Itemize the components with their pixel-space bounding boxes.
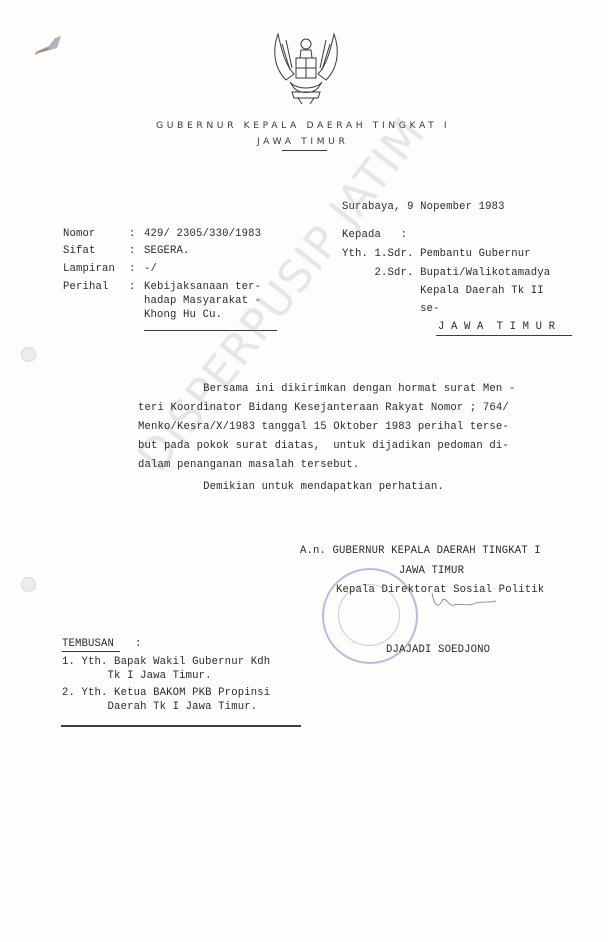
- signatory-name: DJAJADI SOEDJONO: [386, 644, 490, 656]
- recipient-line-1: Yth. 1.Sdr. Pembantu Gubernur: [342, 248, 531, 260]
- tembusan-bottom-rule: [61, 725, 301, 727]
- recipient-region-underline: [436, 335, 572, 336]
- tembusan-item-1-line-1: 1. Yth. Bapak Wakil Gubernur Kdh: [62, 656, 270, 668]
- meta-sep-sifat: :: [129, 245, 136, 257]
- garuda-emblem-icon: [268, 30, 344, 108]
- meta-value-perihal-1: Kebijaksanaan ter-: [144, 281, 261, 293]
- letterhead-underline: [282, 150, 327, 151]
- meta-value-sifat: SEGERA.: [144, 245, 190, 257]
- meta-sep-nomor: :: [129, 228, 136, 240]
- recipient-line-2: 2.Sdr. Bupati/Walikotamadya: [342, 267, 550, 279]
- recipient-line-3: Kepala Daerah Tk II: [342, 285, 544, 297]
- punch-hole-top: [21, 347, 36, 362]
- paper-stain-mark: [35, 30, 75, 60]
- meta-label-lampiran: Lampiran: [63, 263, 115, 275]
- tembusan-item-1-line-2: Tk I Jawa Timur.: [62, 670, 212, 682]
- body-line-2: teri Koordinator Bidang Kesejanteraan Ra…: [138, 402, 509, 414]
- punch-hole-bottom: [21, 577, 36, 592]
- meta-value-lampiran: -/: [144, 263, 157, 275]
- meta-value-nomor: 429/ 2305/330/1983: [144, 228, 261, 240]
- body-closing: Demikian untuk mendapatkan perhatian.: [138, 481, 444, 493]
- signature-line-1: A.n. GUBERNUR KEPALA DAERAH TINGKAT I: [300, 545, 541, 557]
- tembusan-underline: [62, 651, 120, 652]
- body-line-5: dalam penanganan masalah tersebut.: [138, 459, 359, 471]
- letterhead-region: JAWA TIMUR: [257, 136, 348, 147]
- signature-line-2: JAWA TIMUR: [399, 565, 464, 577]
- tembusan-item-2-line-1: 2. Yth. Ketua BAKOM PKB Propinsi: [62, 687, 270, 699]
- meta-sep-perihal: :: [129, 281, 136, 293]
- body-line-3: Menko/Kesra/X/1983 tanggal 15 Oktober 19…: [138, 421, 509, 433]
- meta-label-sifat: Sifat: [63, 245, 96, 257]
- tembusan-title: TEMBUSAN: [62, 638, 114, 650]
- body-line-1: Bersama ini dikirimkan dengan hormat sur…: [138, 383, 515, 395]
- meta-label-perihal: Perihal: [63, 281, 109, 293]
- tembusan-item-2-line-2: Daerah Tk I Jawa Timur.: [62, 701, 257, 713]
- body-line-4: but pada pokok surat diatas, untuk dijad…: [138, 440, 509, 452]
- tembusan-sep: :: [135, 638, 142, 650]
- recipient-region: J A W A T I M U R: [438, 321, 555, 333]
- meta-value-perihal-3: Khong Hu Cu.: [144, 309, 222, 321]
- meta-sep-lampiran: :: [129, 263, 136, 275]
- signature-line-3: Kepala Direktorat Sosial Politik: [336, 584, 544, 596]
- recipient-line-4: se-: [342, 303, 440, 315]
- meta-label-nomor: Nomor: [63, 228, 96, 240]
